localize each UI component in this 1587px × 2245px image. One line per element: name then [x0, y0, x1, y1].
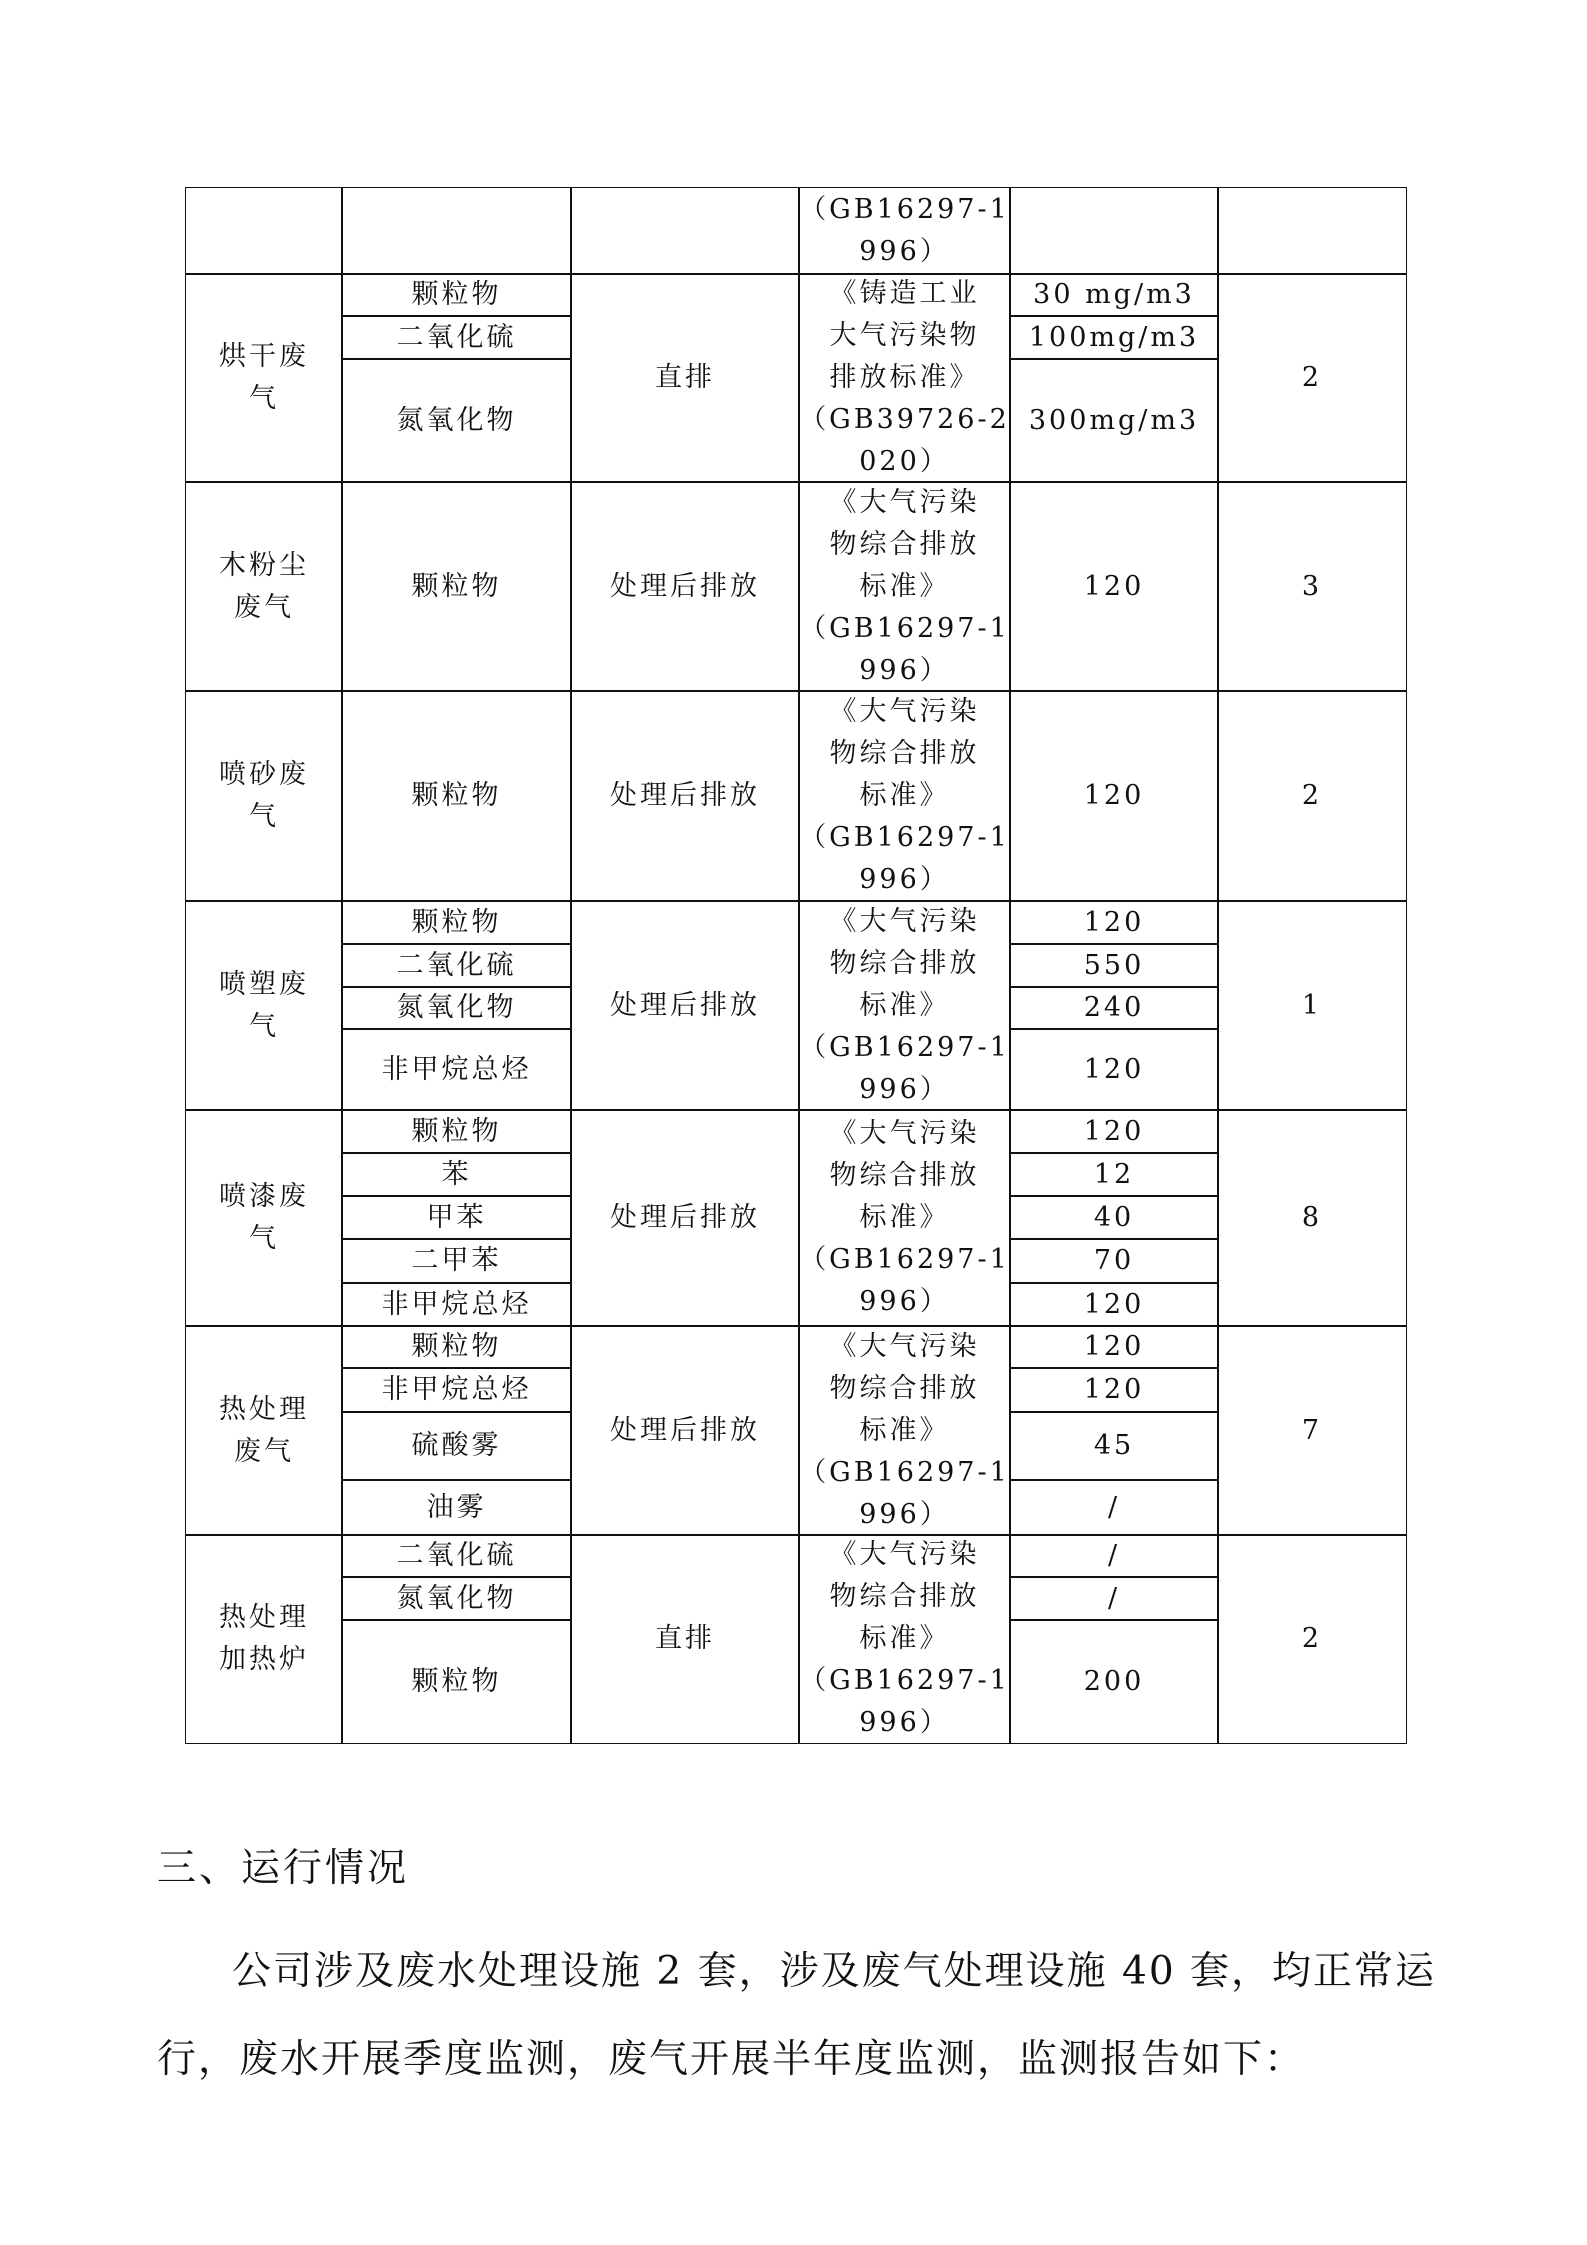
limit-cell: / — [1009, 1534, 1219, 1578]
limit-cell: 200 — [1009, 1619, 1219, 1744]
pollutant-cell: 非甲烷总烃 — [341, 1282, 572, 1327]
limit-cell: 30 mg/m3 — [1009, 273, 1219, 317]
standard-cell: 《大气污染 物综合排放 标准》 （GB16297-1 996） — [798, 481, 1011, 692]
count-cell: 2 — [1217, 690, 1407, 902]
limit-cell: 120 — [1009, 481, 1219, 692]
pollutant-cell: 苯 — [341, 1152, 572, 1197]
pollutant-cell: 二甲苯 — [341, 1238, 572, 1284]
standard-cell: 《铸造工业 大气污染物 排放标准》 （GB39726-2 020） — [798, 273, 1011, 483]
source-cell: 喷塑废 气 — [185, 900, 343, 1111]
count-cell: 3 — [1217, 481, 1407, 692]
standard-cell: 《大气污染 物综合排放 标准》 （GB16297-1 996） — [798, 900, 1011, 1111]
limit-cell: / — [1009, 1479, 1219, 1536]
standard-cell: 《大气污染 物综合排放 标准》 （GB16297-1 996） — [798, 1109, 1011, 1327]
limit-cell: 45 — [1009, 1411, 1219, 1481]
count-cell: 2 — [1217, 1534, 1407, 1744]
method-cell: 处理后排放 — [570, 1109, 800, 1327]
limit-cell: / — [1009, 1576, 1219, 1621]
pollutant-cell: 甲苯 — [341, 1195, 572, 1240]
pollutant-cell: 非甲烷总烃 — [341, 1367, 572, 1413]
pollutant-cell: 颗粒物 — [341, 1619, 572, 1744]
pollutant-cell: 氮氧化物 — [341, 1576, 572, 1621]
limit-cell: 120 — [1009, 1109, 1219, 1154]
count-cell: 1 — [1217, 900, 1407, 1111]
limit-cell: 240 — [1009, 986, 1219, 1030]
limit-cell: 100mg/m3 — [1009, 315, 1219, 360]
limit-cell: 550 — [1009, 943, 1219, 988]
paragraph-line-2: 行，废水开展季度监测，废气开展半年度监测，监测报告如下： — [157, 2016, 1457, 2104]
count-cell: 7 — [1217, 1325, 1407, 1536]
limit-cell: 70 — [1009, 1238, 1219, 1284]
cont-source-cell — [185, 187, 343, 275]
cont-pollutant-cell — [341, 187, 572, 275]
source-cell: 烘干废 气 — [185, 273, 343, 483]
standard-cell: 《大气污染 物综合排放 标准》 （GB16297-1 996） — [798, 1325, 1011, 1536]
limit-cell: 40 — [1009, 1195, 1219, 1240]
paragraph-line-1: 公司涉及废水处理设施 2 套，涉及废气处理设施 40 套，均正常运 — [157, 1928, 1457, 2016]
pollutant-cell: 二氧化硫 — [341, 315, 572, 360]
pollutant-cell: 二氧化硫 — [341, 943, 572, 988]
limit-cell: 120 — [1009, 1325, 1219, 1369]
pollutant-cell: 非甲烷总烃 — [341, 1028, 572, 1111]
pollutant-cell: 颗粒物 — [341, 481, 572, 692]
method-cell: 直排 — [570, 273, 800, 483]
pollutant-cell: 氮氧化物 — [341, 986, 572, 1030]
document-page: （GB16297-1 996） 烘干废 气 颗粒物 二氧化硫 氮氧化物 直排 《… — [0, 0, 1587, 2245]
method-cell: 处理后排放 — [570, 900, 800, 1111]
method-cell: 处理后排放 — [570, 481, 800, 692]
source-cell: 热处理 加热炉 — [185, 1534, 343, 1744]
limit-cell: 120 — [1009, 1367, 1219, 1413]
count-cell: 2 — [1217, 273, 1407, 483]
pollutant-cell: 油雾 — [341, 1479, 572, 1536]
pollutant-cell: 颗粒物 — [341, 273, 572, 317]
source-cell: 喷砂废 气 — [185, 690, 343, 902]
pollutant-cell: 二氧化硫 — [341, 1534, 572, 1578]
limit-cell: 120 — [1009, 1028, 1219, 1111]
source-cell: 喷漆废 气 — [185, 1109, 343, 1327]
limit-cell: 300mg/m3 — [1009, 358, 1219, 483]
standard-cell: 《大气污染 物综合排放 标准》 （GB16297-1 996） — [798, 690, 1011, 902]
method-cell: 处理后排放 — [570, 1325, 800, 1536]
section-heading: 三、运行情况 — [157, 1843, 409, 1895]
cont-limit-cell — [1009, 187, 1219, 275]
cont-count-cell — [1217, 187, 1407, 275]
pollutant-cell: 颗粒物 — [341, 1325, 572, 1369]
method-cell: 直排 — [570, 1534, 800, 1744]
emission-standards-table: （GB16297-1 996） 烘干废 气 颗粒物 二氧化硫 氮氧化物 直排 《… — [0, 0, 1587, 1800]
limit-cell: 120 — [1009, 1282, 1219, 1327]
count-cell: 8 — [1217, 1109, 1407, 1327]
source-cell: 木粉尘 废气 — [185, 481, 343, 692]
pollutant-cell: 颗粒物 — [341, 1109, 572, 1154]
pollutant-cell: 颗粒物 — [341, 690, 572, 902]
cont-method-cell — [570, 187, 800, 275]
limit-cell: 12 — [1009, 1152, 1219, 1197]
limit-cell: 120 — [1009, 690, 1219, 902]
pollutant-cell: 硫酸雾 — [341, 1411, 572, 1481]
pollutant-cell: 氮氧化物 — [341, 358, 572, 483]
standard-cell: 《大气污染 物综合排放 标准》 （GB16297-1 996） — [798, 1534, 1011, 1744]
method-cell: 处理后排放 — [570, 690, 800, 902]
pollutant-cell: 颗粒物 — [341, 900, 572, 945]
source-cell: 热处理 废气 — [185, 1325, 343, 1536]
cont-standard-cell: （GB16297-1 996） — [798, 187, 1011, 275]
limit-cell: 120 — [1009, 900, 1219, 945]
operation-paragraph: 公司涉及废水处理设施 2 套，涉及废气处理设施 40 套，均正常运 行，废水开展… — [157, 1928, 1457, 2104]
